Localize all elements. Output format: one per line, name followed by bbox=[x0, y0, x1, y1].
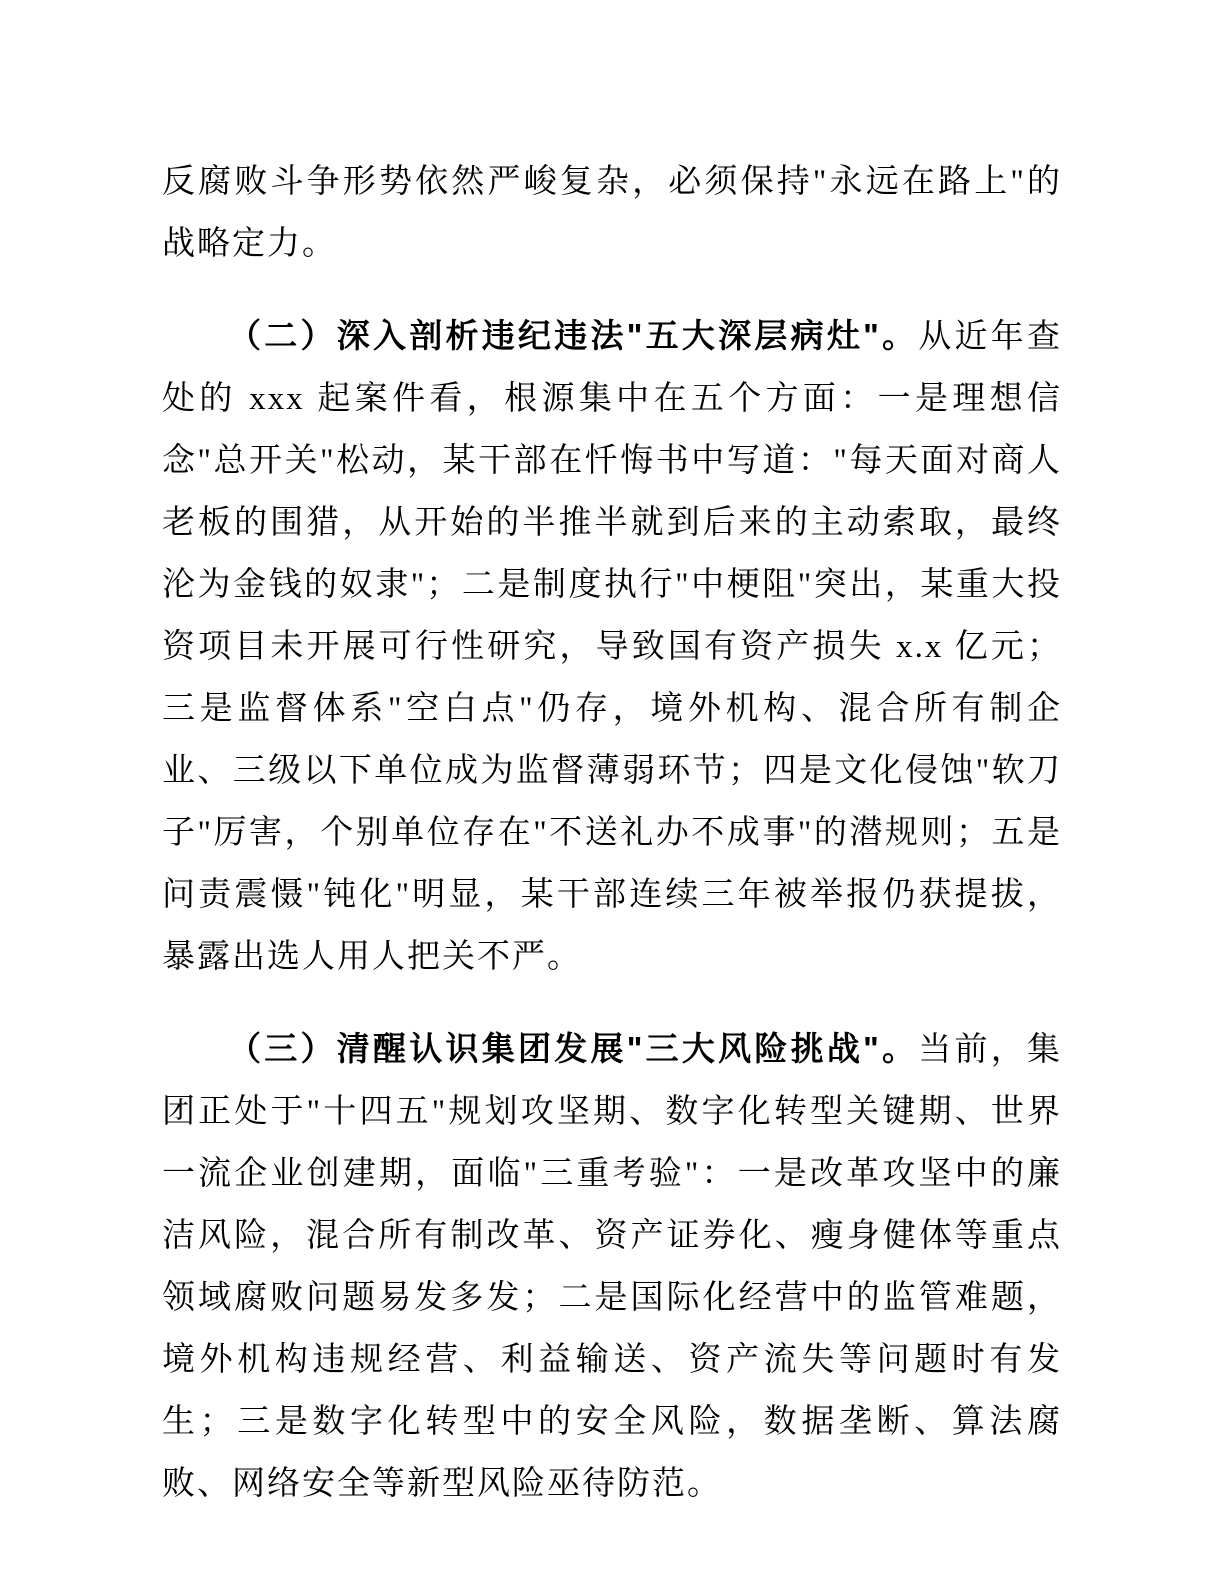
paragraph-text: 从近年查处的 xxx 起案件看，根源集中在五个方面：一是理想信念"总开关"松动，… bbox=[162, 319, 1062, 975]
paragraph-text: 反腐败斗争形势依然严峻复杂，必须保持"永远在路上"的战略定力。 bbox=[162, 164, 1062, 262]
paragraph-lead: （二）深入剖析违纪违法"五大深层病灶"。 bbox=[228, 317, 918, 354]
paragraph: 反腐败斗争形势依然严峻复杂，必须保持"永远在路上"的战略定力。 bbox=[162, 150, 1062, 275]
paragraph: （二）深入剖析违纪违法"五大深层病灶"。从近年查处的 xxx 起案件看，根源集中… bbox=[162, 305, 1062, 988]
paragraph-text: 当前，集团正处于"十四五"规划攻坚期、数字化转型关键期、世界一流企业创建期，面临… bbox=[162, 1032, 1062, 1502]
paragraph: （三）清醒认识集团发展"三大风险挑战"。当前，集团正处于"十四五"规划攻坚期、数… bbox=[162, 1018, 1062, 1515]
paragraph-lead: （三）清醒认识集团发展"三大风险挑战"。 bbox=[228, 1030, 918, 1067]
document-page: 反腐败斗争形势依然严峻复杂，必须保持"永远在路上"的战略定力。 （二）深入剖析违… bbox=[0, 0, 1224, 1584]
